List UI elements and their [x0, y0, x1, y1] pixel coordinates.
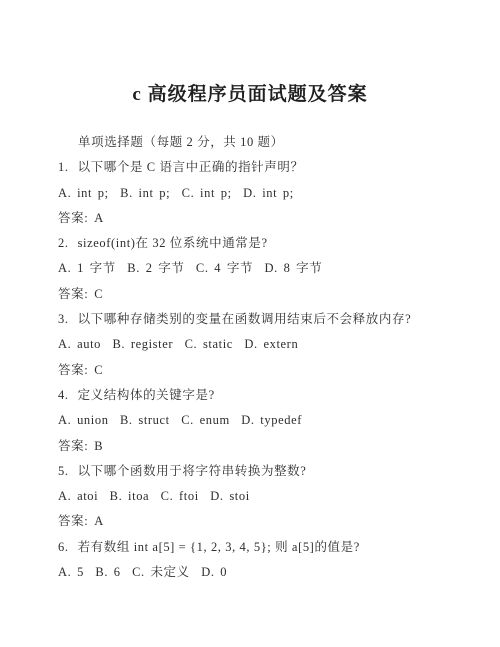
options-line: A. atoi B. itoa C. ftoi D. stoi — [58, 484, 450, 509]
answer-value: A — [94, 514, 104, 528]
question-number: 2. — [58, 236, 69, 250]
question-block-1: 1.以下哪个是 C 语言中正确的指针声明？ A. int p; B. int p… — [58, 155, 450, 231]
answer-label: 答案: — [58, 514, 88, 528]
options-line: A. union B. struct C. enum D. typedef — [58, 408, 450, 433]
answer-value: A — [94, 211, 104, 225]
options-line: A. 1 字节 B. 2 字节 C. 4 字节 D. 8 字节 — [58, 256, 450, 281]
answer-label: 答案: — [58, 287, 88, 301]
question-body: 以下哪个是 C 语言中正确的指针声明？ — [78, 160, 304, 174]
answer-label: 答案: — [58, 211, 88, 225]
options-line: A. auto B. register C. static D. extern — [58, 332, 450, 357]
answer-value: B — [94, 439, 103, 453]
question-body: sizeof(int)在 32 位系统中通常是? — [78, 236, 268, 250]
question-text: 4.定义结构体的关键字是? — [58, 383, 450, 408]
answer-label: 答案: — [58, 363, 88, 377]
question-number: 6. — [58, 540, 69, 554]
options-line: A. 5 B. 6 C. 未定义 D. 0 — [58, 560, 450, 585]
question-text: 5.以下哪个函数用于将字符串转换为整数? — [58, 459, 450, 484]
question-body: 以下哪种存储类别的变量在函数调用结束后不会释放内存? — [78, 312, 412, 326]
answer-label: 答案: — [58, 439, 88, 453]
answer-value: C — [94, 363, 103, 377]
options-line: A. int p; B. int p; C. int p; D. int p; — [58, 181, 450, 206]
question-block-2: 2.sizeof(int)在 32 位系统中通常是? A. 1 字节 B. 2 … — [58, 231, 450, 307]
answer-line: 答案:C — [58, 358, 450, 383]
page-title: c 高级程序员面试题及答案 — [50, 0, 450, 106]
question-number: 4. — [58, 388, 69, 402]
answer-line: 答案:A — [58, 206, 450, 231]
question-block-4: 4.定义结构体的关键字是? A. union B. struct C. enum… — [58, 383, 450, 459]
document-page: c 高级程序员面试题及答案 单项选择题（每题 2 分，共 10 题） 1.以下哪… — [0, 0, 500, 647]
question-text: 6.若有数组 int a[5] = {1, 2, 3, 4, 5}; 则 a[5… — [58, 535, 450, 560]
answer-line: 答案:B — [58, 434, 450, 459]
question-number: 1. — [58, 160, 69, 174]
question-body: 定义结构体的关键字是? — [78, 388, 215, 402]
question-number: 3. — [58, 312, 69, 326]
section-header: 单项选择题（每题 2 分，共 10 题） — [58, 130, 450, 155]
question-block-5: 5.以下哪个函数用于将字符串转换为整数? A. atoi B. itoa C. … — [58, 459, 450, 535]
answer-value: C — [94, 287, 103, 301]
question-body: 若有数组 int a[5] = {1, 2, 3, 4, 5}; 则 a[5]的… — [78, 540, 360, 554]
question-text: 3.以下哪种存储类别的变量在函数调用结束后不会释放内存? — [58, 307, 450, 332]
question-text: 1.以下哪个是 C 语言中正确的指针声明？ — [58, 155, 450, 180]
question-block-6: 6.若有数组 int a[5] = {1, 2, 3, 4, 5}; 则 a[5… — [58, 535, 450, 586]
question-text: 2.sizeof(int)在 32 位系统中通常是? — [58, 231, 450, 256]
answer-line: 答案:A — [58, 509, 450, 534]
question-body: 以下哪个函数用于将字符串转换为整数? — [78, 464, 307, 478]
answer-line: 答案:C — [58, 282, 450, 307]
question-number: 5. — [58, 464, 69, 478]
question-block-3: 3.以下哪种存储类别的变量在函数调用结束后不会释放内存? A. auto B. … — [58, 307, 450, 383]
document-body: 单项选择题（每题 2 分，共 10 题） 1.以下哪个是 C 语言中正确的指针声… — [58, 130, 450, 585]
